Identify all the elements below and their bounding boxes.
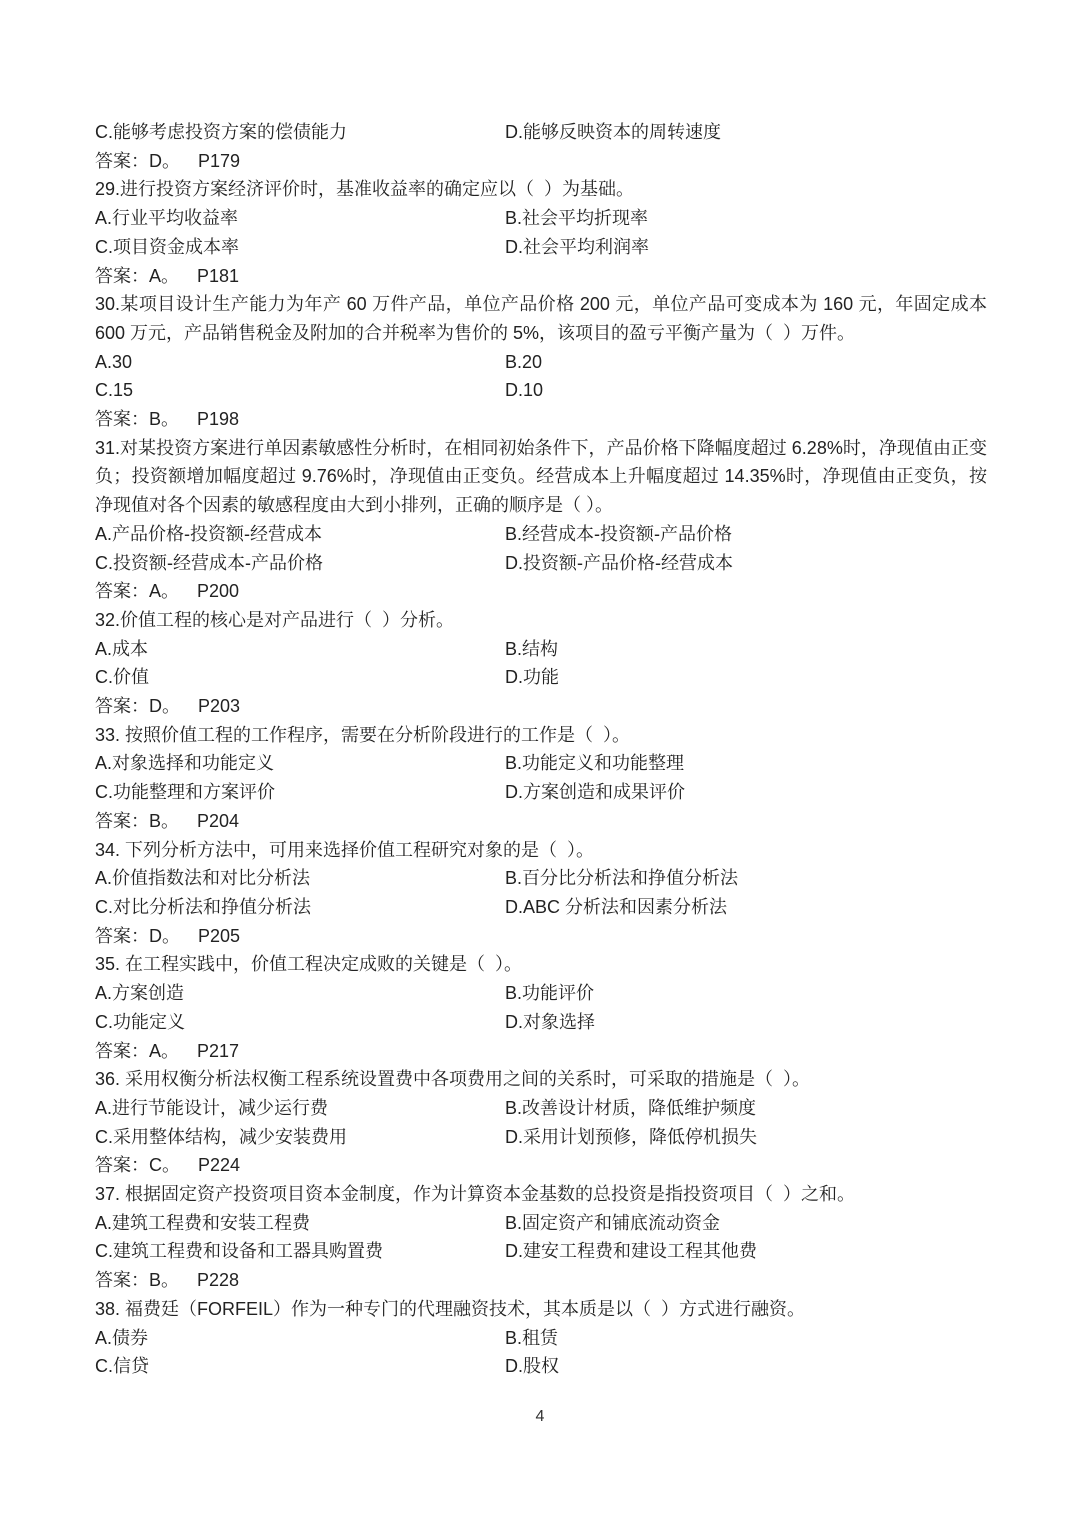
question-stem: 29.进行投资方案经济评价时，基准收益率的确定应以（ ）为基础。 <box>95 175 987 204</box>
question-block: 36. 采用权衡分析法权衡工程系统设置费中各项费用之间的关系时，可采取的措施是（… <box>95 1065 987 1180</box>
option-row: C.项目资金成本率D.社会平均利润率 <box>95 233 987 262</box>
option-b: B.20 <box>505 348 987 377</box>
option-a: A.建筑工程费和安装工程费 <box>95 1209 505 1238</box>
answer-text: 答案：D。 <box>95 151 180 171</box>
option-a: A.成本 <box>95 635 505 664</box>
answer-page-ref: P198 <box>197 409 239 429</box>
option-d: D.建安工程费和建设工程其他费 <box>505 1237 987 1266</box>
option-a: A.方案创造 <box>95 979 505 1008</box>
answer-text: 答案：D。 <box>95 696 180 716</box>
question-stem: 30.某项目设计生产能力为年产 60 万件产品，单位产品价格 200 元，单位产… <box>95 290 987 347</box>
option-a: A.债券 <box>95 1324 505 1353</box>
option-row: C.投资额-经营成本-产品价格D.投资额-产品价格-经营成本 <box>95 549 987 578</box>
option-d: D.投资额-产品价格-经营成本 <box>505 549 987 578</box>
option-d: D.ABC 分析法和因素分析法 <box>505 893 987 922</box>
question-stem: 31.对某投资方案进行单因素敏感性分析时，在相同初始条件下，产品价格下降幅度超过… <box>95 434 987 520</box>
question-stem: 33. 按照价值工程的工作程序，需要在分析阶段进行的工作是（ ）。 <box>95 721 987 750</box>
answer-page-ref: P228 <box>197 1270 239 1290</box>
option-b: B.功能评价 <box>505 979 987 1008</box>
document-page: C.能够考虑投资方案的偿债能力D.能够反映资本的周转速度答案：D。P17929.… <box>0 0 1080 1526</box>
question-block: 29.进行投资方案经济评价时，基准收益率的确定应以（ ）为基础。A.行业平均收益… <box>95 175 987 290</box>
option-b: B.固定资产和铺底流动资金 <box>505 1209 987 1238</box>
question-block: 38. 福费廷（FORFEIL）作为一种专门的代理融资技术，其本质是以（ ）方式… <box>95 1295 987 1381</box>
answer-line: 答案：A。P181 <box>95 262 987 291</box>
answer-line: 答案：D。P203 <box>95 692 987 721</box>
option-d: D.对象选择 <box>505 1008 987 1037</box>
answer-text: 答案：C。 <box>95 1155 180 1175</box>
question-stem: 32.价值工程的核心是对产品进行（ ）分析。 <box>95 606 987 635</box>
option-d: D.功能 <box>505 663 987 692</box>
option-d: D.方案创造和成果评价 <box>505 778 987 807</box>
option-c: C.15 <box>95 376 505 405</box>
answer-page-ref: P179 <box>198 151 240 171</box>
option-row: C.价值D.功能 <box>95 663 987 692</box>
option-row: A.债券B.租赁 <box>95 1324 987 1353</box>
option-row: C.能够考虑投资方案的偿债能力D.能够反映资本的周转速度 <box>95 118 987 147</box>
answer-text: 答案：B。 <box>95 1270 179 1290</box>
option-c: C.项目资金成本率 <box>95 233 505 262</box>
option-c: C.投资额-经营成本-产品价格 <box>95 549 505 578</box>
answer-text: 答案：D。 <box>95 926 180 946</box>
option-row: C.15D.10 <box>95 376 987 405</box>
option-row: C.功能定义D.对象选择 <box>95 1008 987 1037</box>
option-row: C.信贷D.股权 <box>95 1352 987 1381</box>
answer-text: 答案：A。 <box>95 581 179 601</box>
option-b: B.社会平均折现率 <box>505 204 987 233</box>
answer-text: 答案：B。 <box>95 811 179 831</box>
option-row: A.产品价格-投资额-经营成本B.经营成本-投资额-产品价格 <box>95 520 987 549</box>
option-d: D.社会平均利润率 <box>505 233 987 262</box>
answer-text: 答案：A。 <box>95 266 179 286</box>
option-row: A.对象选择和功能定义B.功能定义和功能整理 <box>95 749 987 778</box>
option-c: C.价值 <box>95 663 505 692</box>
question-block: C.能够考虑投资方案的偿债能力D.能够反映资本的周转速度答案：D。P179 <box>95 118 987 175</box>
option-d: D.10 <box>505 376 987 405</box>
answer-page-ref: P181 <box>197 266 239 286</box>
question-block: 33. 按照价值工程的工作程序，需要在分析阶段进行的工作是（ ）。A.对象选择和… <box>95 721 987 836</box>
answer-text: 答案：B。 <box>95 409 179 429</box>
option-c: C.能够考虑投资方案的偿债能力 <box>95 118 505 147</box>
answer-line: 答案：D。P179 <box>95 147 987 176</box>
option-row: A.价值指数法和对比分析法B.百分比分析法和挣值分析法 <box>95 864 987 893</box>
option-a: A.对象选择和功能定义 <box>95 749 505 778</box>
option-row: A.行业平均收益率B.社会平均折现率 <box>95 204 987 233</box>
option-a: A.进行节能设计，减少运行费 <box>95 1094 505 1123</box>
answer-line: 答案：A。P217 <box>95 1037 987 1066</box>
option-c: C.建筑工程费和设备和工器具购置费 <box>95 1237 505 1266</box>
option-d: D.股权 <box>505 1352 987 1381</box>
question-block: 32.价值工程的核心是对产品进行（ ）分析。A.成本B.结构C.价值D.功能答案… <box>95 606 987 721</box>
answer-line: 答案：D。P205 <box>95 922 987 951</box>
question-stem: 35. 在工程实践中，价值工程决定成败的关键是（ ）。 <box>95 950 987 979</box>
answer-line: 答案：A。P200 <box>95 577 987 606</box>
question-block: 35. 在工程实践中，价值工程决定成败的关键是（ ）。A.方案创造B.功能评价C… <box>95 950 987 1065</box>
answer-page-ref: P204 <box>197 811 239 831</box>
answer-line: 答案：B。P204 <box>95 807 987 836</box>
option-b: B.功能定义和功能整理 <box>505 749 987 778</box>
option-c: C.功能整理和方案评价 <box>95 778 505 807</box>
answer-page-ref: P203 <box>198 696 240 716</box>
answer-text: 答案：A。 <box>95 1041 179 1061</box>
answer-line: 答案：B。P228 <box>95 1266 987 1295</box>
question-stem: 34. 下列分析方法中，可用来选择价值工程研究对象的是（ ）。 <box>95 836 987 865</box>
question-block: 34. 下列分析方法中，可用来选择价值工程研究对象的是（ ）。A.价值指数法和对… <box>95 836 987 951</box>
answer-page-ref: P200 <box>197 581 239 601</box>
option-b: B.租赁 <box>505 1324 987 1353</box>
option-b: B.改善设计材质，降低维护频度 <box>505 1094 987 1123</box>
question-stem: 36. 采用权衡分析法权衡工程系统设置费中各项费用之间的关系时，可采取的措施是（… <box>95 1065 987 1094</box>
option-row: A.30B.20 <box>95 348 987 377</box>
option-a: A.价值指数法和对比分析法 <box>95 864 505 893</box>
option-a: A.产品价格-投资额-经营成本 <box>95 520 505 549</box>
question-block: 30.某项目设计生产能力为年产 60 万件产品，单位产品价格 200 元，单位产… <box>95 290 987 434</box>
question-block: 31.对某投资方案进行单因素敏感性分析时，在相同初始条件下，产品价格下降幅度超过… <box>95 434 987 606</box>
answer-page-ref: P205 <box>198 926 240 946</box>
answer-page-ref: P217 <box>197 1041 239 1061</box>
option-row: A.方案创造B.功能评价 <box>95 979 987 1008</box>
question-stem: 37. 根据固定资产投资项目资本金制度，作为计算资本金基数的总投资是指投资项目（… <box>95 1180 987 1209</box>
question-stem: 38. 福费廷（FORFEIL）作为一种专门的代理融资技术，其本质是以（ ）方式… <box>95 1295 987 1324</box>
option-b: B.结构 <box>505 635 987 664</box>
answer-line: 答案：B。P198 <box>95 405 987 434</box>
option-b: B.经营成本-投资额-产品价格 <box>505 520 987 549</box>
option-c: C.信贷 <box>95 1352 505 1381</box>
option-row: A.进行节能设计，减少运行费B.改善设计材质，降低维护频度 <box>95 1094 987 1123</box>
option-row: C.功能整理和方案评价D.方案创造和成果评价 <box>95 778 987 807</box>
option-c: C.对比分析法和挣值分析法 <box>95 893 505 922</box>
question-block: 37. 根据固定资产投资项目资本金制度，作为计算资本金基数的总投资是指投资项目（… <box>95 1180 987 1295</box>
option-row: A.成本B.结构 <box>95 635 987 664</box>
answer-line: 答案：C。P224 <box>95 1151 987 1180</box>
option-b: B.百分比分析法和挣值分析法 <box>505 864 987 893</box>
option-row: C.建筑工程费和设备和工器具购置费D.建安工程费和建设工程其他费 <box>95 1237 987 1266</box>
option-c: C.采用整体结构，减少安装费用 <box>95 1123 505 1152</box>
option-d: D.能够反映资本的周转速度 <box>505 118 987 147</box>
option-row: C.采用整体结构，减少安装费用D.采用计划预修，降低停机损失 <box>95 1123 987 1152</box>
option-d: D.采用计划预修，降低停机损失 <box>505 1123 987 1152</box>
option-row: C.对比分析法和挣值分析法D.ABC 分析法和因素分析法 <box>95 893 987 922</box>
option-row: A.建筑工程费和安装工程费B.固定资产和铺底流动资金 <box>95 1209 987 1238</box>
page-number: 4 <box>0 1408 1080 1426</box>
questions-list: C.能够考虑投资方案的偿债能力D.能够反映资本的周转速度答案：D。P17929.… <box>95 118 987 1381</box>
option-a: A.行业平均收益率 <box>95 204 505 233</box>
option-c: C.功能定义 <box>95 1008 505 1037</box>
answer-page-ref: P224 <box>198 1155 240 1175</box>
option-a: A.30 <box>95 348 505 377</box>
